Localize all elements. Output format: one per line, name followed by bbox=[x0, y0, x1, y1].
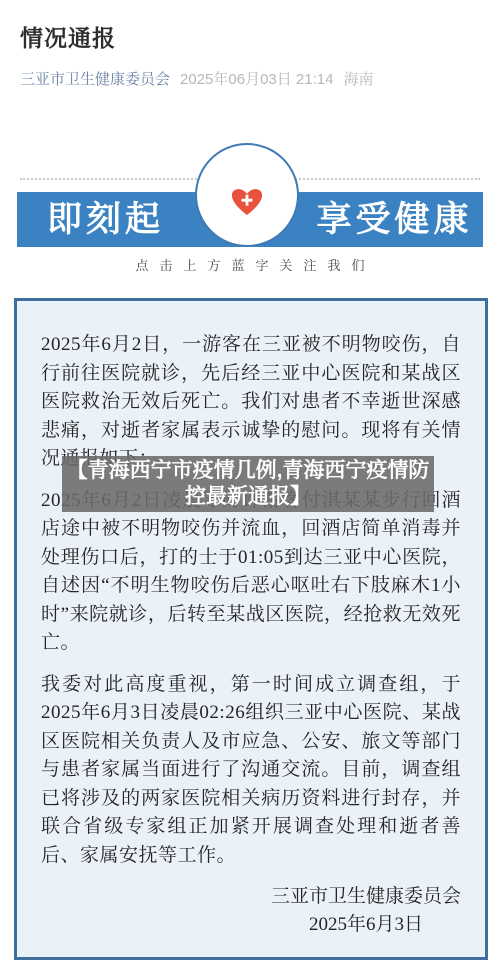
banner-right-text: 享受健康 bbox=[316, 200, 472, 239]
account-name-link[interactable]: 三亚市卫生健康委员会 bbox=[20, 68, 170, 89]
notice-paragraph-3: 我委对此高度重视，第一时间成立调查组，于2025年6月3日凌晨02:26组织三亚… bbox=[41, 671, 461, 871]
banner-left-text: 即刻起 bbox=[47, 200, 164, 239]
banner-circle bbox=[195, 143, 299, 247]
article-page: 情况通报 三亚市卫生健康委员会 2025年06月03日 21:14 海南 即刻起… bbox=[0, 0, 500, 979]
signature-date: 2025年6月3日 bbox=[271, 911, 461, 939]
publish-date: 2025年06月03日 21:14 bbox=[180, 68, 333, 89]
publish-location: 海南 bbox=[343, 68, 373, 89]
notice-box: 2025年6月2日，一游客在三亚被不明物咬伤，自行前往医院就诊，先后经三亚中心医… bbox=[14, 298, 488, 960]
byline: 三亚市卫生健康委员会 2025年06月03日 21:14 海南 bbox=[20, 68, 480, 89]
notice-paragraph-1: 2025年6月2日，一游客在三亚被不明物咬伤，自行前往医院就诊，先后经三亚中心医… bbox=[41, 331, 461, 474]
signature-block: 三亚市卫生健康委员会 2025年6月3日 bbox=[41, 883, 461, 939]
follow-us-banner: 即刻起 享受健康 点击上方蓝字关注我们 bbox=[0, 140, 500, 272]
page-title: 情况通报 bbox=[20, 20, 480, 53]
heart-with-cross-icon bbox=[231, 188, 263, 217]
article-header: 情况通报 三亚市卫生健康委员会 2025年06月03日 21:14 海南 bbox=[0, 0, 500, 89]
signature-name: 三亚市卫生健康委员会 bbox=[271, 883, 461, 911]
watermark-overlay: 【青海西宁市疫情几例,青海西宁疫情防控最新通报】 bbox=[62, 456, 434, 512]
notice-paragraph-2: 2025年6月2日凌晨零时许游客付淇某某步行回酒店途中被不明物咬伤并流血，回酒店… bbox=[41, 487, 461, 658]
follow-tagline: 点击上方蓝字关注我们 bbox=[0, 255, 500, 274]
